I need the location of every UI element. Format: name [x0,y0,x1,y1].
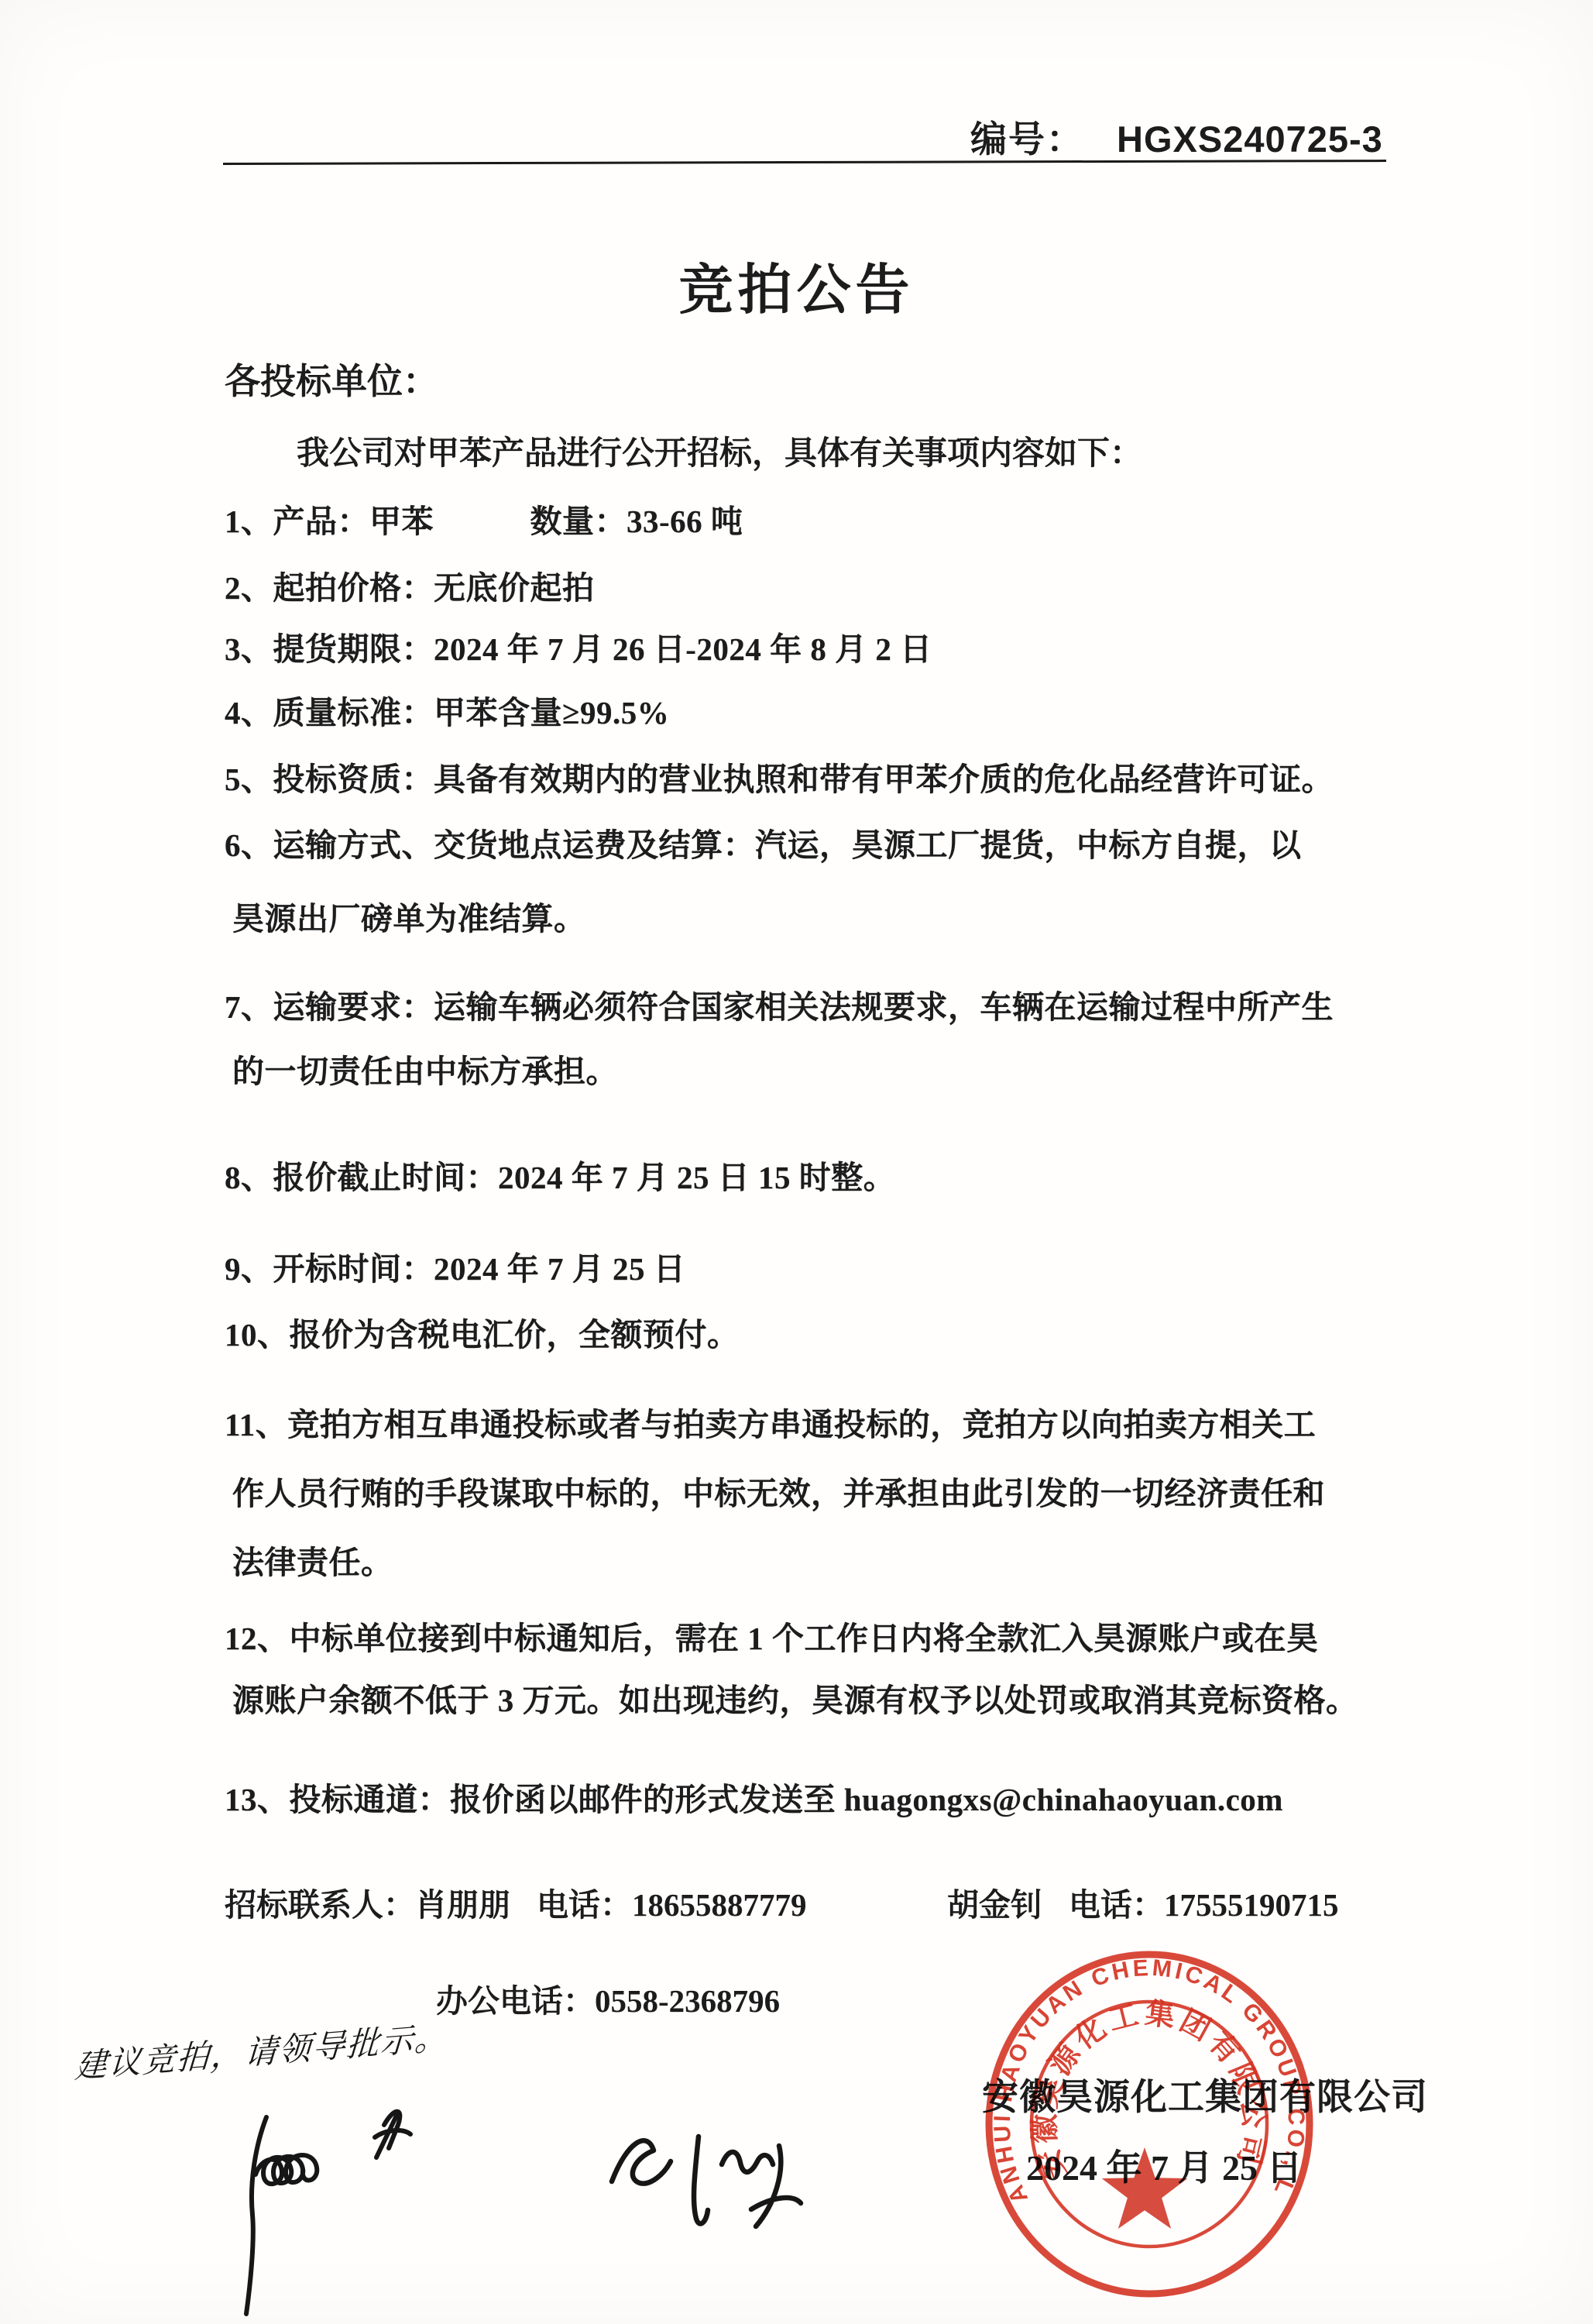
doc-number-label: 编号： [970,120,1084,160]
body-line-14: 作人员行贿的手段谋取中标的，中标无效，并承担由此引发的一切经济责任和 [232,1468,1325,1514]
body-line-9: 的一切责任由中标方承担。 [232,1046,618,1092]
doc-number-value: HGXS240725-3 [1117,119,1383,160]
header-underline [223,160,1386,165]
body-line-11: 9、开标时间：2024 年 7 月 25 日 [225,1243,685,1289]
contact-name-1: 肖朋朋 [415,1887,510,1923]
company-seal: ANHUI HAOYUAN CHEMICAL GROUP CO., LTD 安徽… [956,1925,1344,2312]
phone-label-2: 电话： [1069,1887,1164,1923]
seal-arc-text-cn: 安徽昊源化工集团有限公司 [1029,1997,1271,2183]
body-line-7: 昊源出厂磅单为准结算。 [232,893,586,939]
body-line-1: 1、产品：甲苯 数量：33-66 吨 [225,496,743,541]
contact-primary: 招标联系人：肖朋朋电话：18655887779 [225,1879,807,1925]
svg-text:安徽昊源化工集团有限公司: 安徽昊源化工集团有限公司 [1029,1997,1271,2183]
body-line-3: 3、提货期限：2024 年 7 月 26 日-2024 年 8 月 2 日 [225,624,932,669]
body-line-6: 6、运输方式、交货地点运费及结算：汽运，昊源工厂提货，中标方自提，以 [225,820,1302,865]
body-line-18: 13、投标通道：报价函以邮件的形式发送至 huagongxs@chinahaoy… [225,1774,1283,1820]
body-line-8: 7、运输要求：运输车辆必须符合国家相关法规要求，车辆在运输过程中所产生 [225,982,1334,1027]
scanned-auction-notice-page: 编号：HGXS240725-3 竞拍公告 各投标单位： 我公司对甲苯产品进行公开… [0,0,1593,2324]
handwritten-signature-left [232,2103,465,2324]
body-line-15: 法律责任。 [232,1537,393,1583]
body-line-12: 10、报价为含税电汇价，全额预付。 [225,1309,740,1355]
contact-secondary: 胡金钊电话：17555190715 [947,1879,1339,1925]
office-phone-value: 0558-2368796 [595,1983,780,2019]
contact-name-2: 胡金钊 [947,1887,1042,1923]
intro-paragraph: 我公司对甲苯产品进行公开招标，具体有关事项内容如下： [297,428,1142,474]
body-line-2: 2、起拍价格：无底价起拍 [225,562,595,608]
salutation: 各投标单位： [225,353,438,404]
office-phone-line: 办公电话：0558-2368796 [436,1975,780,2021]
page-title: 竞拍公告 [0,246,1593,325]
body-line-16: 12、中标单位接到中标通知后，需在 1 个工作日内将全款汇入昊源账户或在昊 [225,1613,1319,1659]
seal-star-icon [1102,2147,1188,2229]
office-phone-label: 办公电话： [436,1983,595,2019]
doc-number: 编号：HGXS240725-3 [970,111,1383,163]
body-line-5: 5、投标资质：具备有效期内的营业执照和带有甲苯介质的危化品经营许可证。 [225,754,1334,799]
contact-label: 招标联系人： [225,1887,415,1923]
contact-phone-1: 18655887779 [632,1887,807,1923]
handwritten-signature-center [596,2115,836,2301]
contact-phone-2: 17555190715 [1164,1887,1339,1923]
body-line-17: 源账户余额不低于 3 万元。如出现违约，昊源有权予以处罚或取消其竞标资格。 [232,1675,1358,1721]
body-line-10: 8、报价截止时间：2024 年 7 月 25 日 15 时整。 [225,1152,895,1198]
handwritten-note: 建议竞拍，请领导批示。 [74,2012,450,2088]
body-line-13: 11、竞拍方相互串通投标或者与拍卖方串通投标的，竞拍方以向拍卖方相关工 [225,1399,1316,1445]
body-line-4: 4、质量标准：甲苯含量≥99.5% [225,687,669,733]
phone-label-1: 电话： [537,1887,632,1923]
